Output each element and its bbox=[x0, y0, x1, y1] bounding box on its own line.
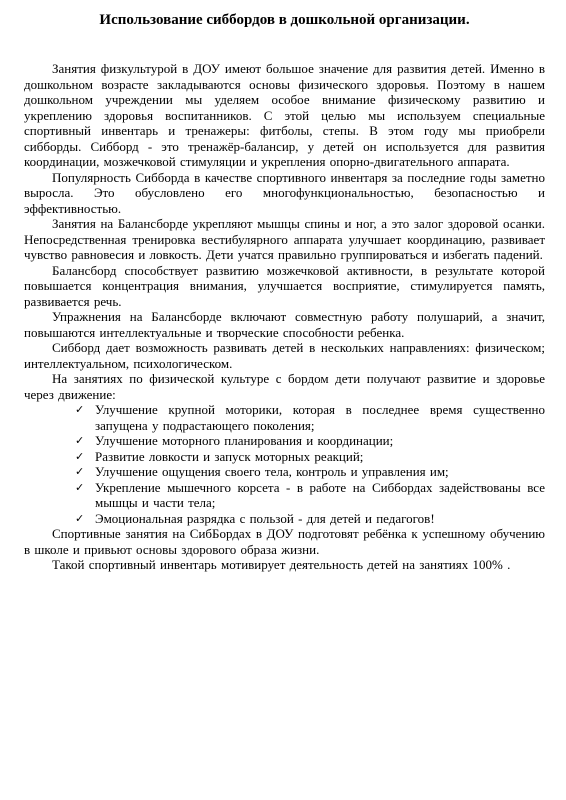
paragraph-school-readiness: Спортивные занятия на СибБордах в ДОУ по… bbox=[24, 526, 545, 557]
list-item-text: Улучшение крупной моторики, которая в по… bbox=[95, 402, 545, 433]
paragraph-motivation: Такой спортивный инвентарь мотивирует де… bbox=[24, 557, 545, 573]
checkmark-icon: ✓ bbox=[75, 480, 84, 496]
paragraph-popularity: Популярность Сибборда в качестве спортив… bbox=[24, 170, 545, 217]
paragraph-intro: Занятия физкультурой в ДОУ имеют большое… bbox=[24, 61, 545, 170]
list-item-text: Эмоциональная разрядка с пользой - для д… bbox=[95, 511, 435, 526]
list-item-text: Улучшение ощущения своего тела, контроль… bbox=[95, 464, 449, 479]
checkmark-icon: ✓ bbox=[75, 449, 84, 465]
checkmark-icon: ✓ bbox=[75, 464, 84, 480]
list-item: ✓ Улучшение моторного планирования и коо… bbox=[24, 433, 545, 449]
list-item-text: Укрепление мышечного корсета - в работе … bbox=[95, 480, 545, 511]
list-item: ✓ Улучшение крупной моторики, которая в … bbox=[24, 402, 545, 433]
list-item: ✓ Укрепление мышечного корсета - в работ… bbox=[24, 480, 545, 511]
checkmark-icon: ✓ bbox=[75, 433, 84, 449]
list-item: ✓ Эмоциональная разрядка с пользой - для… bbox=[24, 511, 545, 527]
checkmark-icon: ✓ bbox=[75, 511, 84, 527]
list-item: ✓ Улучшение ощущения своего тела, контро… bbox=[24, 464, 545, 480]
list-item-text: Развитие ловкости и запуск моторных реак… bbox=[95, 449, 363, 464]
list-item: ✓ Развитие ловкости и запуск моторных ре… bbox=[24, 449, 545, 465]
paragraph-balance-board-muscles: Занятия на Балансборде укрепляют мышцы с… bbox=[24, 216, 545, 263]
paragraph-hemispheres: Упражнения на Балансборде включают совме… bbox=[24, 309, 545, 340]
benefits-list: ✓ Улучшение крупной моторики, которая в … bbox=[24, 402, 545, 526]
document-page: Использование сиббордов в дошкольной орг… bbox=[0, 0, 566, 800]
checkmark-icon: ✓ bbox=[75, 402, 84, 418]
paragraph-brain-activity: Балансборд способствует развитию мозжечк… bbox=[24, 263, 545, 310]
paragraph-list-lead-in: На занятиях по физической культуре с бор… bbox=[24, 371, 545, 402]
paragraph-directions: Сибборд дает возможность развивать детей… bbox=[24, 340, 545, 371]
list-item-text: Улучшение моторного планирования и коорд… bbox=[95, 433, 393, 448]
document-title: Использование сиббордов в дошкольной орг… bbox=[24, 12, 545, 29]
